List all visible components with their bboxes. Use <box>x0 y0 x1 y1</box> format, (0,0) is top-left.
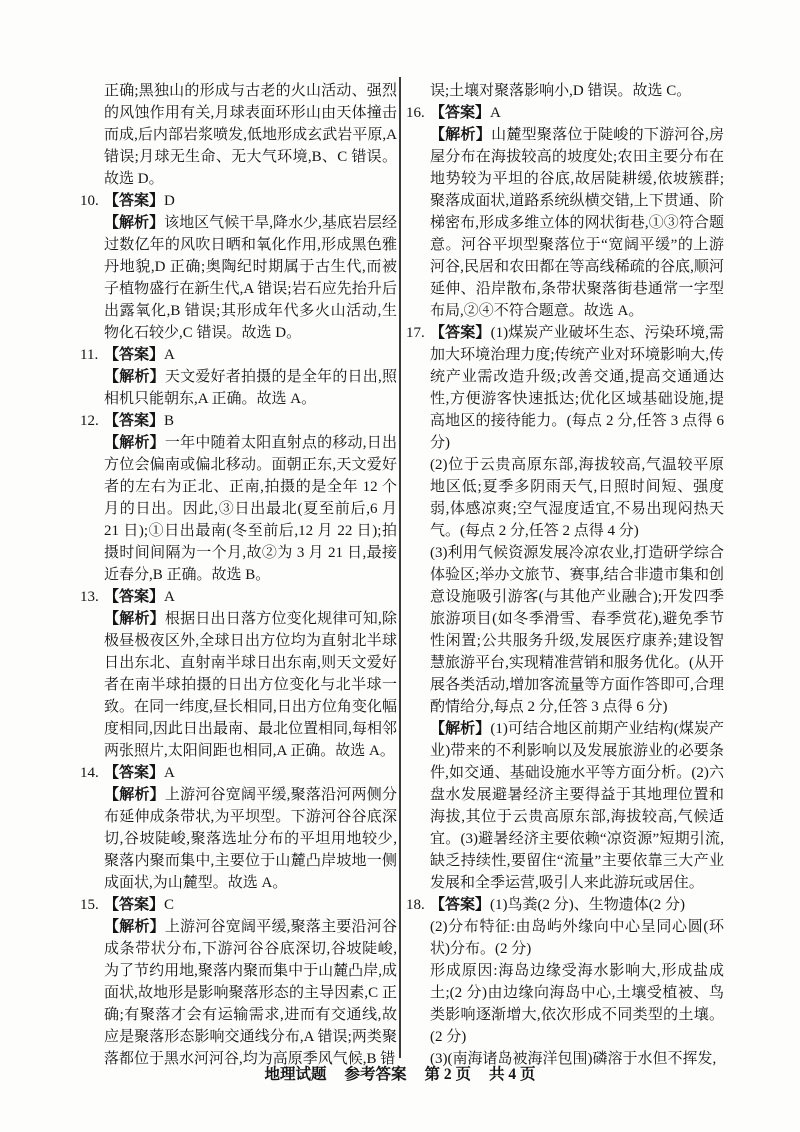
answer-choice: C <box>164 897 174 913</box>
analysis-text: 该地区气候干旱,降水少,基底岩层经过数亿年的风吹日晒和氧化作用,形成黑色雅丹地貌… <box>104 215 397 341</box>
answer-part-1: 【答案】(1)煤炭产业破坏生态、污染环境,需加大环境治理力度;传统产业对环境影响… <box>430 322 724 454</box>
analysis-label: 【解析】 <box>430 721 490 737</box>
answer-item-10: 10. 【答案】D 【解析】该地区气候干旱,降水少,基底岩层经过数亿年的风吹日晒… <box>80 190 397 344</box>
answer-part-1: 【答案】(1)鸟粪(2 分)、生物遗体(2 分) <box>430 894 724 916</box>
analysis-label: 【解析】 <box>104 215 164 231</box>
answer-label: 【答案】 <box>104 589 164 605</box>
answer-text: (3)利用气候资源发展冷凉农业,打造研学综合体验区;举办文旅节、赛事,结合非遗市… <box>430 545 724 715</box>
answer-choice: A <box>164 347 175 363</box>
item-number: 12. <box>80 410 99 432</box>
answer-choice: A <box>490 105 501 121</box>
answer-line: 【答案】B <box>104 410 397 432</box>
column-right: 误;土壤对聚落影响小,D 错误。故选 C。 16. 【答案】A 【解析】山麓型聚… <box>406 80 724 1070</box>
answer-part-2: (2)位于云贵高原东部,海拔较高,气温较平原地区低;夏季多阴雨天气,日照时间短、… <box>430 454 724 542</box>
item-number: 11. <box>80 344 98 366</box>
answer-choice: B <box>164 413 174 429</box>
answer-item-18: 18. 【答案】(1)鸟粪(2 分)、生物遗体(2 分) (2)分布特征:由岛屿… <box>406 894 724 1070</box>
answer-line: 【答案】D <box>104 190 397 212</box>
item-number: 13. <box>80 586 99 608</box>
answer-text: (2)位于云贵高原东部,海拔较高,气温较平原地区低;夏季多阴雨天气,日照时间短、… <box>430 457 724 539</box>
answer-text: (2)分布特征:由岛屿外缘向中心呈同心圆(环状)分布。(2 分) <box>430 919 724 957</box>
analysis-paragraph: 【解析】(1)可结合地区前期产业结构(煤炭产业)带来的不利影响以及发展旅游业的必… <box>430 718 724 894</box>
paragraph-text: 误;土壤对聚落影响小,D 错误。故选 C。 <box>430 83 691 99</box>
answer-choice: A <box>164 765 175 781</box>
answer-label: 【答案】 <box>104 413 164 429</box>
analysis-paragraph: 【解析】天文爱好者拍摄的是全年的日出,照相机只能朝东,A 正确。故选 A。 <box>104 366 397 410</box>
answer-part-2-cause: 形成原因:海岛边缘受海水影响大,形成盐成土;(2 分)由边缘向海岛中心,土壤受植… <box>430 960 724 1048</box>
paragraph: 误;土壤对聚落影响小,D 错误。故选 C。 <box>430 80 724 102</box>
item-number: 15. <box>80 894 99 916</box>
answer-label: 【答案】 <box>104 765 164 781</box>
analysis-text: 上游河谷宽阔平缓,聚落主要沿河谷成条带状分布,下游河谷谷底深切,谷坡陡峻,为了节… <box>104 919 397 1067</box>
analysis-text: 山麓型聚落位于陡峻的下游河谷,房屋分布在海拔较高的坡度处;农田主要分布在地势较为… <box>430 127 724 319</box>
answer-sheet-page: 正确;黑独山的形成与古老的火山活动、强烈的风蚀作用有关,月球表面环形山由天体撞击… <box>0 0 800 1132</box>
answer-label: 【答案】 <box>430 105 490 121</box>
answer-item-14: 14. 【答案】A 【解析】上游河谷宽阔平缓,聚落沿河两侧分布延伸成条带状,为平… <box>80 762 397 894</box>
answer-choice: D <box>164 193 175 209</box>
answer-label: 【答案】 <box>430 897 490 913</box>
analysis-paragraph: 【解析】一年中随着太阳直射点的移动,日出方位会偏南或偏北移动。面朝正东,天文爱好… <box>104 432 397 586</box>
analysis-label: 【解析】 <box>104 611 165 627</box>
answer-label: 【答案】 <box>104 193 164 209</box>
column-divider <box>399 77 401 1058</box>
paragraph-text: 正确;黑独山的形成与古老的火山活动、强烈的风蚀作用有关,月球表面环形山由天体撞击… <box>104 83 397 187</box>
analysis-paragraph: 【解析】上游河谷宽阔平缓,聚落沿河两侧分布延伸成条带状,为平坝型。下游河谷谷底深… <box>104 784 397 894</box>
item-number: 18. <box>406 894 425 916</box>
answer-part-3: (3)利用气候资源发展冷凉农业,打造研学综合体验区;举办文旅节、赛事,结合非遗市… <box>430 542 724 718</box>
answer-item-17: 17. 【答案】(1)煤炭产业破坏生态、污染环境,需加大环境治理力度;传统产业对… <box>406 322 724 894</box>
analysis-text: 根据日出日落方位变化规律可知,除极昼极夜区外,全球日出方位均为直射北半球日出东北… <box>104 611 397 759</box>
analysis-label: 【解析】 <box>104 787 165 803</box>
analysis-paragraph: 【解析】该地区气候干旱,降水少,基底岩层经过数亿年的风吹日晒和氧化作用,形成黑色… <box>104 212 397 344</box>
analysis-label: 【解析】 <box>104 435 165 451</box>
answer-item-12: 12. 【答案】B 【解析】一年中随着太阳直射点的移动,日出方位会偏南或偏北移动… <box>80 410 397 586</box>
footer-doc-title: 地理试题 <box>264 1066 326 1083</box>
item-number: 16. <box>406 102 425 124</box>
analysis-paragraph: 【解析】根据日出日落方位变化规律可知,除极昼极夜区外,全球日出方位均为直射北半球… <box>104 608 397 762</box>
footer-page-number: 第 2 页 <box>425 1066 472 1083</box>
answer-choice: A <box>164 589 175 605</box>
answer-part-2: (2)分布特征:由岛屿外缘向中心呈同心圆(环状)分布。(2 分) <box>430 916 724 960</box>
answer-item-16: 16. 【答案】A 【解析】山麓型聚落位于陡峻的下游河谷,房屋分布在海拔较高的坡… <box>406 102 724 322</box>
item-number: 10. <box>80 190 99 212</box>
item-number: 14. <box>80 762 99 784</box>
analysis-label: 【解析】 <box>104 919 165 935</box>
footer-answer-label: 参考答案 <box>344 1066 406 1083</box>
answer-label: 【答案】 <box>430 325 491 341</box>
analysis-text: (1)可结合地区前期产业结构(煤炭产业)带来的不利影响以及发展旅游业的必要条件,… <box>430 721 724 891</box>
page-footer: 地理试题参考答案第 2 页共 4 页 <box>0 1064 800 1086</box>
answer-line: 【答案】A <box>104 586 397 608</box>
footer-total-pages: 共 4 页 <box>489 1066 536 1083</box>
answer-label: 【答案】 <box>104 897 164 913</box>
answer-line: 【答案】A <box>104 344 397 366</box>
column-left: 正确;黑独山的形成与古老的火山活动、强烈的风蚀作用有关,月球表面环形山由天体撞击… <box>80 80 397 1070</box>
answer-item-15: 15. 【答案】C 【解析】上游河谷宽阔平缓,聚落主要沿河谷成条带状分布,下游河… <box>80 894 397 1070</box>
answer-line: 【答案】A <box>104 762 397 784</box>
answer-item-13: 13. 【答案】A 【解析】根据日出日落方位变化规律可知,除极昼极夜区外,全球日… <box>80 586 397 762</box>
answer-line: 【答案】C <box>104 894 397 916</box>
answer-text: (1)煤炭产业破坏生态、污染环境,需加大环境治理力度;传统产业对环境影响大,传统… <box>430 325 724 451</box>
item-number: 17. <box>406 322 425 344</box>
answer-line: 【答案】A <box>430 102 724 124</box>
analysis-paragraph: 【解析】上游河谷宽阔平缓,聚落主要沿河谷成条带状分布,下游河谷谷底深切,谷坡陡峻… <box>104 916 397 1070</box>
analysis-paragraph: 【解析】山麓型聚落位于陡峻的下游河谷,房屋分布在海拔较高的坡度处;农田主要分布在… <box>430 124 724 322</box>
continuation-paragraph-q9: 正确;黑独山的形成与古老的火山活动、强烈的风蚀作用有关,月球表面环形山由天体撞击… <box>80 80 397 190</box>
answer-text: (1)鸟粪(2 分)、生物遗体(2 分) <box>490 897 685 913</box>
answer-label: 【答案】 <box>104 347 164 363</box>
answer-item-11: 11. 【答案】A 【解析】天文爱好者拍摄的是全年的日出,照相机只能朝东,A 正… <box>80 344 397 410</box>
continuation-paragraph-q15: 误;土壤对聚落影响小,D 错误。故选 C。 <box>406 80 724 102</box>
analysis-text: 一年中随着太阳直射点的移动,日出方位会偏南或偏北移动。面朝正东,天文爱好者的左右… <box>104 435 397 583</box>
paragraph: 正确;黑独山的形成与古老的火山活动、强烈的风蚀作用有关,月球表面环形山由天体撞击… <box>104 80 397 190</box>
analysis-label: 【解析】 <box>430 127 491 143</box>
analysis-label: 【解析】 <box>104 369 165 385</box>
answer-text: 形成原因:海岛边缘受海水影响大,形成盐成土;(2 分)由边缘向海岛中心,土壤受植… <box>430 963 724 1045</box>
